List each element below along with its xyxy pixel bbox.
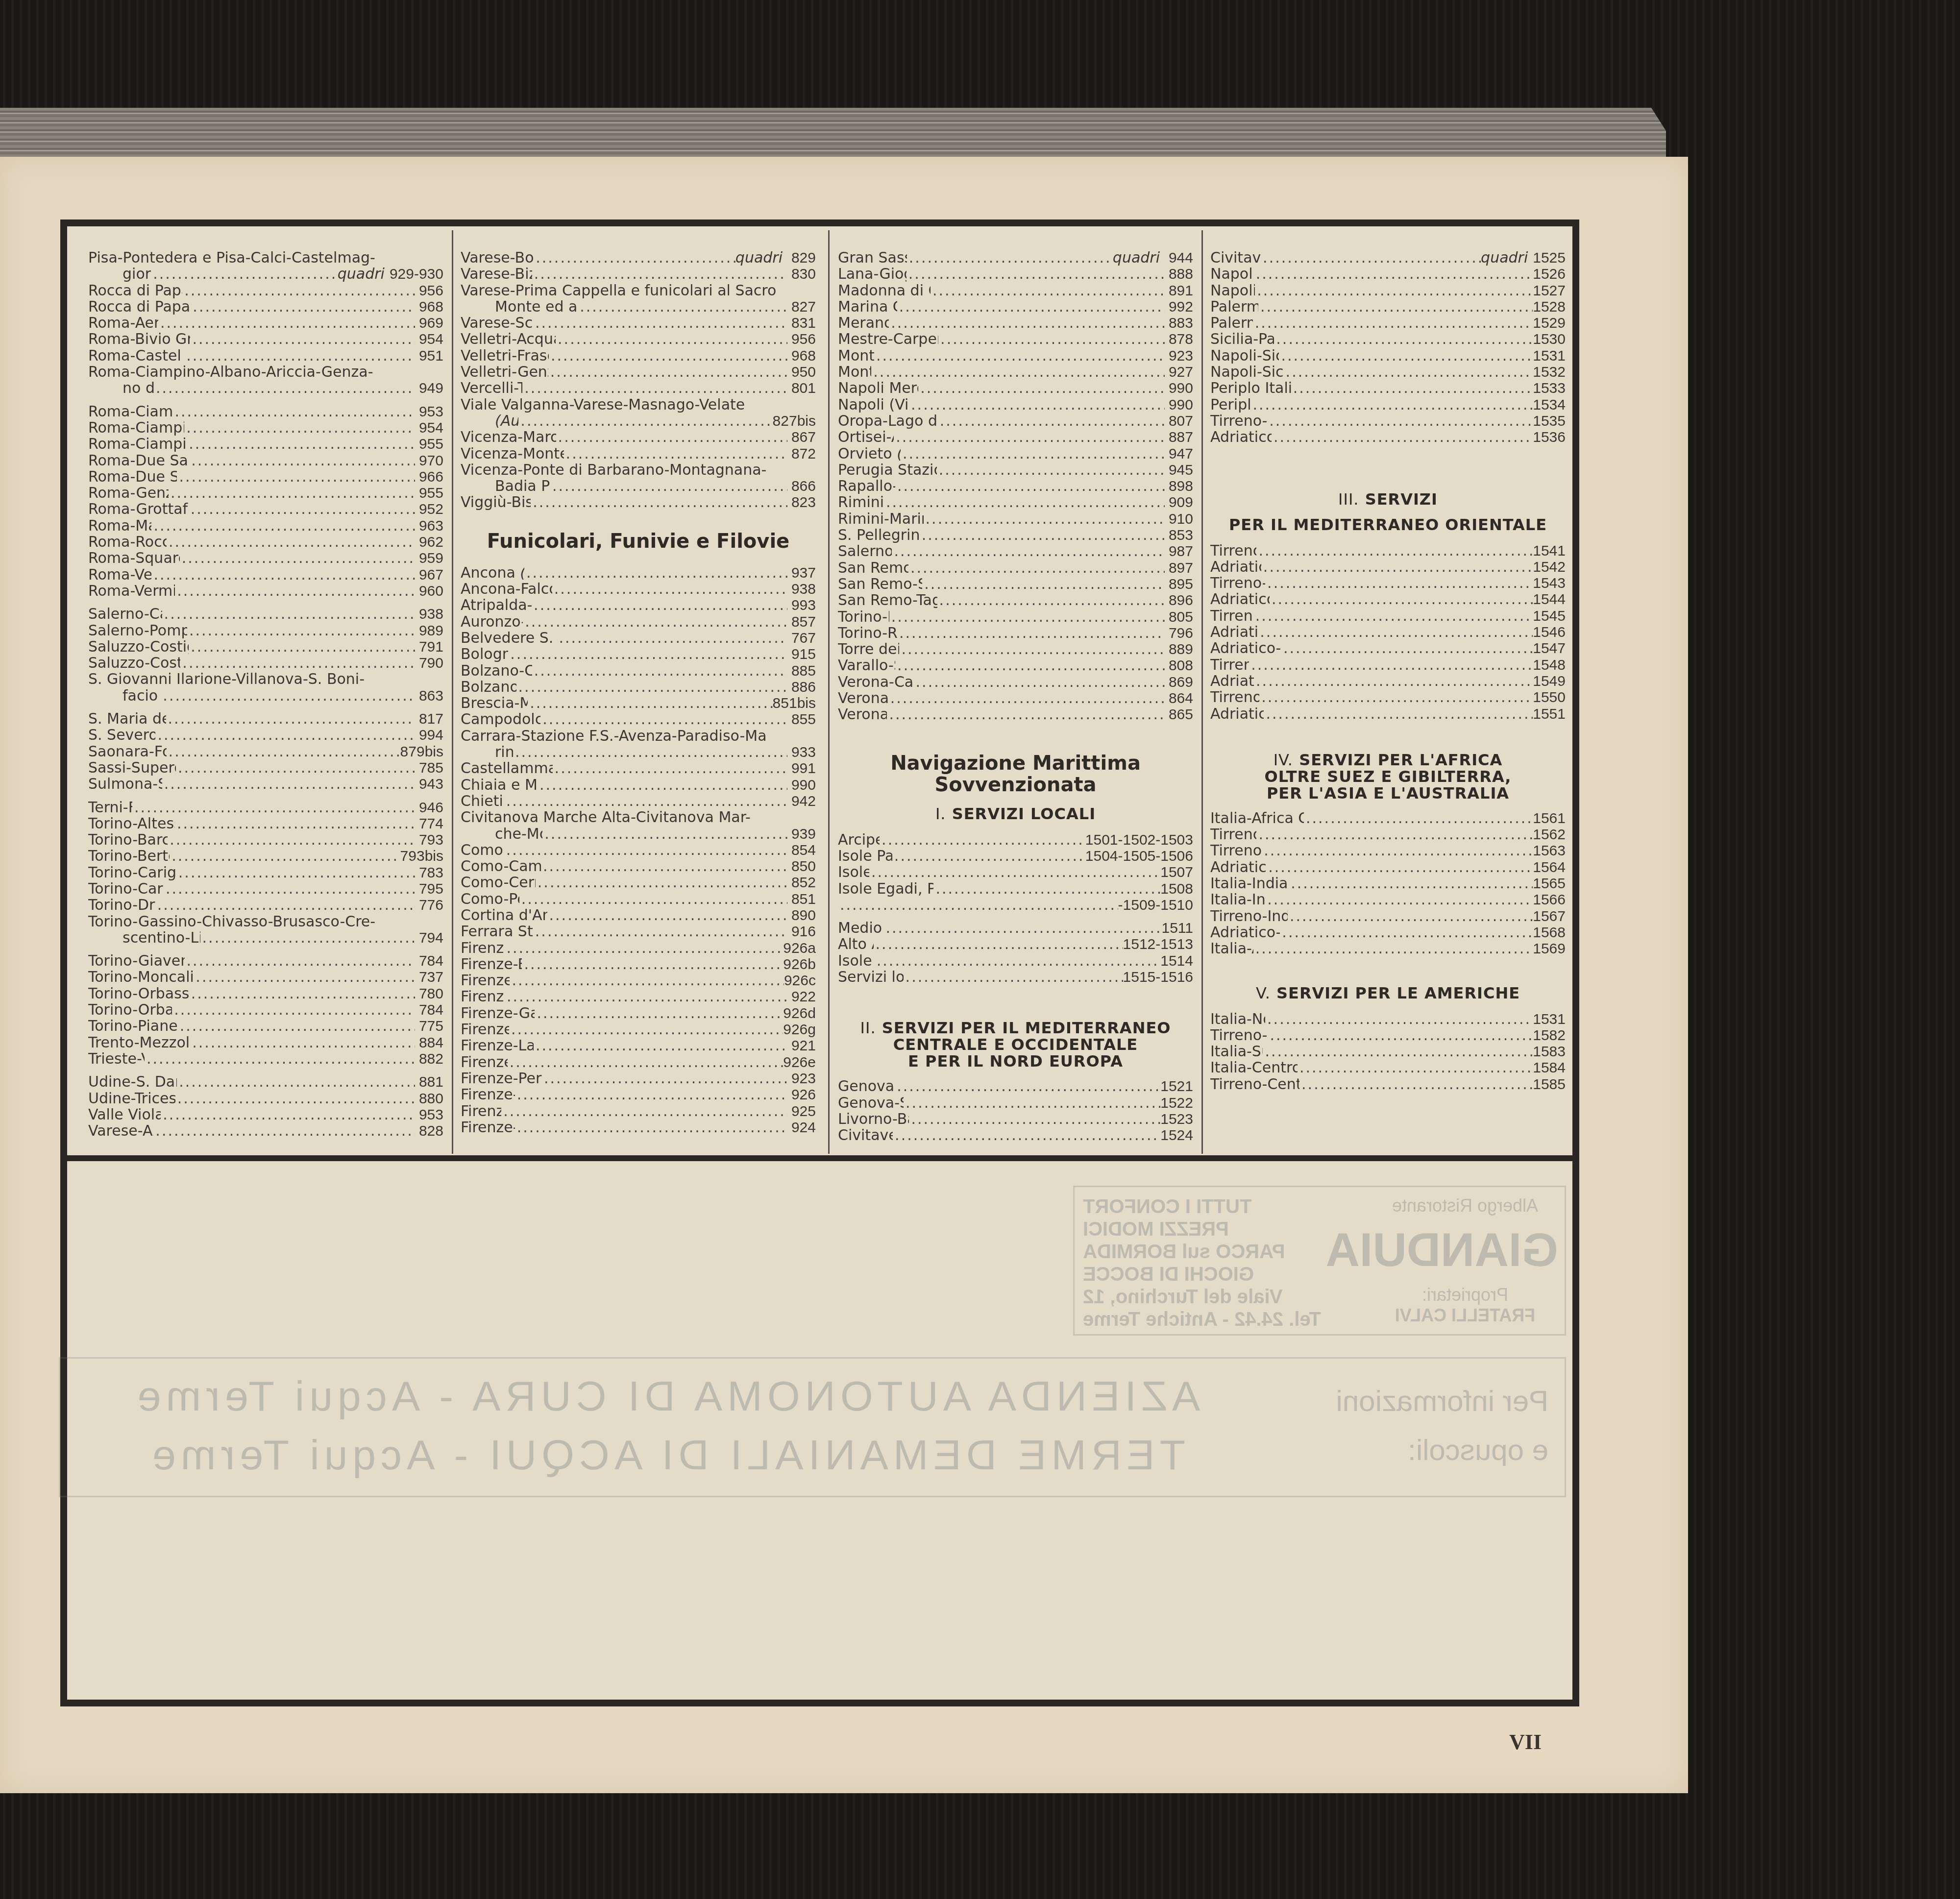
entry-name: Auronzo-Monte Agudo [461,614,523,630]
index-entry: Bologna-S. Luca915 [461,646,816,662]
index-entry: Verona-Tregnago865 [838,706,1193,723]
table-number: 926 [787,1087,816,1103]
entry-name: Varese-Azzate (Autom.) [88,1123,153,1139]
entry-name: Servizi locali della Sardegna [838,969,904,985]
list-servizi-locali: Arcipelago Toscano1501-1502-1503Isole Pa… [838,832,1193,986]
dot-leader [164,881,415,897]
table-number: 953 [415,404,443,420]
index-entry: Torino-Carignano-Saluzzo (Autom.)783 [88,865,443,881]
table-number: 889 [1165,641,1193,657]
index-entry: Rocca di Papa-Frascati-Roma (Autom.)956 [88,283,443,299]
index-entry: Italia-India-Bengala1566 [1210,892,1566,908]
dot-leader [168,832,415,848]
table-number: 923 [1165,348,1193,364]
entry-name: Roma-Ciampino-Marino (Autom.) [88,404,172,420]
index-entry: facio (Autom.)863 [88,688,443,704]
table-number: 924 [787,1120,816,1136]
entry-name: Genova-Porto Torres [838,1078,895,1095]
index-entry: Tirreno-Somalia1562 [1210,827,1566,843]
dot-leader [162,776,415,792]
entry-name: Campodolcino (Sondrio)-Motta [461,711,540,728]
table-number: 869 [1165,674,1193,690]
entry-name: Tirreno-Sud America [1210,1027,1268,1044]
table-number: 1515-1516 [1123,969,1193,985]
entry-name: Varese-Schiranna (Autom.) [461,315,533,331]
entry-name: San Remo-Monte Bignone [838,560,908,576]
index-entry: Ancona (Autofilovie di)937 [461,565,816,581]
index-entry: Napoli-Palermo1527 [1210,283,1566,299]
dot-leader [531,494,787,511]
dot-leader [549,348,787,364]
index-entry: Ferrara Stazione-S. Giorgio916 [461,924,816,940]
index-entry: Firenze-Sesto925 [461,1103,816,1120]
entry-name: Rocca di Papa-Frascati-Roma (Autom.) [88,283,182,299]
dot-leader [167,744,400,760]
dot-leader [533,924,787,940]
entry-name: Isole Egadi, Pelagie, Ustica e Panteller… [838,881,933,897]
table-number: 897 [1165,560,1193,576]
index-entry: Adriatico-Sud Africa1564 [1210,859,1566,876]
table-number: 784 [415,1002,443,1018]
dot-leader [547,907,787,924]
dot-leader [918,380,1165,396]
index-entry: Tirreno-Soria1548 [1210,657,1566,673]
entry-name: Roma-Marino (Autom.) [88,518,151,534]
dot-leader [175,816,415,832]
index-entry: Chiaia e Montesanto (Napoli)990 [461,777,816,793]
entry-name: Roma-Ciampino Paese-Marino (Autom.) [88,420,184,436]
index-entry: Auronzo-Monte Agudo857 [461,614,816,630]
table-number: 1567 [1533,908,1566,925]
index-entry: Roma-Ciampino Ovest-Marino Laz. (Aut.)95… [88,436,443,452]
index-entry: Tirreno-Sud Africa1563 [1210,843,1566,859]
entry-name: Gran Sasso d'Italia (Funivia del) [838,250,907,266]
table-number: 1546 [1533,624,1566,640]
entry-name: Firenze-Sesto [461,1103,501,1120]
dot-leader [145,1051,415,1067]
entry-name: Napoli (Via Roma)-Vomero [838,397,909,413]
index-entry: Trieste-Villa Opicina882 [88,1051,443,1067]
index-entry: Ancona-Falconara Marittima (Filovia)938 [461,581,816,597]
table-number: 807 [1165,413,1193,429]
entry-name: Torino-Pino-Chieri [838,609,889,625]
dot-leader [158,315,415,331]
dot-leader [536,875,787,891]
entry-name: Varese-Bobbiate-Belforte (Autom.) [461,250,534,266]
index-entry: Napoli (Via Roma)-Vomero990 [838,397,1193,413]
entry-name: Firenze-Bagno a Ripoli [461,956,522,973]
entry-name: Verona-Tregnago [838,706,887,723]
index-entry: Velletri-Genzano-Frascati (Autom.)950 [461,364,816,380]
table-number: 989 [415,623,443,639]
index-entry: Varallo-Sacro Monte808 [838,657,1193,674]
index-entry: Civitavecchia-Cagliariquadri1525 [1210,250,1566,266]
dot-leader [508,646,787,662]
index-entry: Italia-India (costa occidentale)1565 [1210,876,1566,892]
table-number: 1534 [1533,397,1566,413]
index-entry: Tirreno-Centro America-Sud Pacifico1585 [1210,1076,1566,1093]
index-entry: Torino-Giaveno e Torino-Cumiana (Aut.)78… [88,953,443,969]
dot-leader [151,567,415,583]
entry-name: Perugia Stazione Ferr. Stato (Fontivegge… [838,462,937,478]
table-number: 1569 [1533,941,1566,957]
dot-leader [538,777,787,793]
dot-leader [838,897,1118,913]
entry-line: Vicenza-Ponte di Barbarano-Montagnana- [461,462,816,478]
entry-name: Bolzano-S. Genesio [461,679,516,695]
dot-leader [534,1038,787,1054]
dot-leader [175,1091,415,1107]
entry-name: Como-Cernobbio-Maslianico [461,875,536,891]
table-number: 887 [1165,429,1193,445]
entry-name: Roma-Grottaferrata-Marino-Rocca di Papa [88,501,189,517]
index-entry: Brescia-Monte Maddalena851bis [461,695,816,711]
dot-leader [1258,299,1533,315]
table-number: 959 [415,550,443,566]
table-number: 829 [787,250,816,266]
entry-name: S. Severo-Torremaggiore [88,727,155,743]
table-number: 863 [415,688,443,704]
entry-name: Ortisei-Alpe di Siusi [838,429,894,445]
table-number: 1525 [1533,250,1566,266]
index-entry: Sulmona-Stazione (Autom.)943 [88,776,443,792]
column-separator [1201,230,1203,1154]
dot-leader [504,793,787,809]
index-entry: Torino-Pianezza-Alpignano (Autom.)775 [88,1018,443,1034]
dot-leader [937,462,1165,478]
entry-name: Tirreno-Somalia [1210,827,1256,843]
table-number: 956 [415,283,443,299]
dot-leader [1304,810,1533,827]
table-number: 922 [787,989,816,1005]
entry-name: Torino-Orbassano-Cumiana-Pinerolo (Aut.) [88,986,189,1002]
index-entry: Cortina d'Ampezzo-Faloria e Pocol890 [461,907,816,924]
table-number: 805 [1165,609,1193,625]
index-entry: Velletri-Frascati-Villa Sora (Autom.)968 [461,348,816,364]
entry-name: Sassi-Superga (Tranvia a dentiera) [88,760,176,776]
entry-name: Viggiù-Bisuschio (Autom.) [461,494,531,511]
entry-name: Velletri-Frascati-Villa Sora (Autom.) [461,348,549,364]
table-number: 956 [787,331,816,347]
entry-name: Como-Camerlata-Albate-Cantù [461,858,541,875]
dot-leader [1298,1060,1533,1076]
index-entry: Palermo-Cagliari1528 [1210,299,1566,315]
entry-name: Madonna di Campiglio-Monte Spinale [838,283,931,299]
entry-name: Tirreno-Israele [1210,608,1253,624]
entry-name: Roma-Genzano-Nemi (Autom.) [88,485,169,501]
table-number: 1535 [1533,413,1566,429]
table-number: 794 [415,930,443,946]
entry-name: Varallo-Sacro Monte [838,657,895,674]
entry-name: Varese-Bizzozero (Autom.) [461,266,532,282]
dot-leader [874,348,1165,364]
table-number: 926g [783,1022,816,1038]
table-number: 990 [787,777,816,793]
index-entry: Valle Violata-Rocca di Papa953 [88,1107,443,1123]
index-entry: Roma-Marino (Autom.)963 [88,518,443,534]
index-entry: Como-Ponte Chiasso851 [461,891,816,907]
dot-leader [177,1074,415,1090]
table-number: 955 [415,436,443,452]
dot-leader [532,663,787,679]
entry-name: facio (Autom.) [122,688,161,704]
dot-leader [189,453,415,469]
subsection-title-servizi-locali: I. SERVIZI LOCALI [838,804,1193,823]
index-entry: Saluzzo-Costigliole-Venasca (Autom.)790 [88,655,443,671]
entry-name: Merano-Avelengo [838,315,889,331]
table-number: 867 [787,429,816,445]
index-entry: Roma-Vermicino-Frascati (Autom.)960 [88,583,443,599]
dot-leader [1268,1027,1533,1044]
dot-leader [542,1071,787,1087]
index-entry: Torino-Pino-Chieri805 [838,609,1193,625]
dot-leader [172,1002,415,1018]
entry-name: Napoli Mergellina-Posillipo Alto [838,380,918,396]
table-number: -1509-1510 [1118,897,1193,913]
table-number: 970 [415,453,443,469]
index-entry: Oropa-Lago del Mucrone e Monte Camino807 [838,413,1193,429]
table-number: 1583 [1533,1044,1566,1060]
dot-leader [1261,250,1481,266]
index-entry: Sassi-Superga (Tranvia a dentiera)785 [88,760,443,776]
table-number: 881 [415,1074,443,1090]
table-number: 954 [415,420,443,436]
index-entry: Sicilia-Pantelleria-Tunisi1530 [1210,331,1566,347]
dot-leader [194,969,415,985]
dot-leader [1253,608,1533,624]
entry-name: Roma-Vermicino-Frascati (Autom.) [88,583,175,599]
entry-name: Montecatini [838,348,874,364]
entry-name: giore (Autom.) [122,266,151,282]
entry-name: rinella [495,744,513,760]
table-number: 850 [787,858,816,875]
index-entry: Viggiù-Bisuschio (Autom.)823 [461,494,816,511]
entry-name: Torino-Rivoli (Filovia) [838,625,897,641]
entry-name: Civitavecchia-Olbia [838,1127,893,1144]
table-number: 864 [1165,690,1193,706]
table-number: 1584 [1533,1060,1566,1076]
index-entry: Mestre-Carpenedo-Venezia-Mirano-Treviso8… [838,331,1193,347]
index-entry: Tirreno-Nord Europa1535 [1210,413,1566,429]
dot-leader [190,331,415,347]
entry-line: Roma-Ciampino-Albano-Ariccia-Genza- [88,364,443,380]
entry-name: Firenze-Settignano [461,1120,515,1136]
table-number: 790 [415,655,443,671]
section-title-navigazione: Navigazione Marittima Sovvenzionata [838,753,1193,796]
table-number: 969 [415,315,443,331]
index-entry: Como-Cernobbio-Maslianico852 [461,875,816,891]
entry-name: Italia-Nord America [1210,1011,1265,1027]
table-number: 884 [415,1035,443,1051]
dot-leader [883,920,1161,936]
index-entry: Tirreno-Sud America1582 [1210,1027,1566,1044]
dot-leader [513,744,787,760]
list-funicolari: Ancona (Autofilovie di)937Ancona-Falcona… [461,565,816,1136]
entry-name: Adriatico-Nord Europa [1210,429,1272,445]
dot-leader [151,518,415,534]
entry-name: San Remo-Taggia-Ospedaletti-Ventimiglia [838,592,937,609]
table-number: 1542 [1533,559,1566,575]
index-entry: Vicenza-Montecchio S. V.-Valdagno-Recoar… [461,446,816,462]
dot-leader [167,534,415,550]
entry-name: Italia-India (costa occidentale) [1210,876,1289,892]
entry-name: Torino-Orbassano-Trana-Giaveno [88,1002,172,1018]
index-entry: Lana-Giogo di San Vigilio888 [838,266,1193,282]
entry-name: Salerno-Calvanico (Autom.) [88,606,162,622]
dot-leader [880,832,1085,848]
index-entry: Marina Grande-Capri992 [838,299,1193,315]
table-number: 1511 [1161,920,1193,936]
index-entry: Saluzzo-Costigliole-Busca-Cuneo (Autom.)… [88,639,443,655]
entry-name: Brescia-Monte Maddalena [461,695,528,711]
dot-leader [178,1018,415,1034]
entry-name: Firenze-Grassina [461,1022,509,1038]
dot-leader [542,826,787,842]
table-number: 1504-1505-1506 [1085,848,1193,864]
table-number: 992 [1165,299,1193,315]
entry-line: Torino-Gassino-Chivasso-Brusasco-Cre- [88,914,443,930]
dot-leader [871,364,1165,380]
table-number: 775 [415,1018,443,1034]
entry-name: Rimini-Riccione [838,494,884,511]
table-number: 1533 [1533,380,1566,396]
entry-name: Tirreno-Alessandria [1210,575,1265,591]
index-entry: Merano-Avelengo883 [838,315,1193,331]
page-number: VII [1509,1729,1542,1754]
dot-leader [540,711,787,728]
table-number: 1536 [1533,429,1566,445]
entry-name: Rimini-Marina-Bellariva-Miramare [838,511,924,527]
index-entry: Adriatico-Istanbul1542 [1210,559,1566,575]
entry-name: Salerno-Pompei Villa dei Misteri (Autom.… [88,623,187,639]
dot-leader [564,446,787,462]
index-entry: S. Maria della Versa-Stradella817 [88,711,443,727]
table-number: 783 [415,865,443,881]
table-number: 926b [783,956,816,973]
entry-name: Tirreno-Sud Africa [1210,843,1262,859]
entry-name: Cortina d'Ampezzo-Faloria e Pocol [461,907,547,924]
entry-name: Firenze-Casellina [461,973,510,989]
quadri-label: quadri [735,250,783,266]
index-entry: Rapallo-Montallegro898 [838,478,1193,494]
dot-leader [189,986,415,1002]
entry-name: Verona-Caldiero-S. Bonifacio [838,674,914,690]
dot-leader [170,848,400,864]
index-entry: Italia-Nord America1531 [1210,1011,1566,1027]
table-number: 993 [787,597,816,613]
table-number: 1531 [1533,1011,1566,1027]
table-number: 774 [415,816,443,832]
index-entry: Roma-Due Santi-Castel Gandolfo (Autom.)9… [88,453,443,469]
entry-name: Torino-Carmagnola (Autom.) [88,881,164,897]
table-number: 1507 [1160,864,1193,880]
entry-name: Civitavecchia-Cagliari [1210,250,1261,266]
index-entry: Servizi locali della Sardegna1515-1516 [838,969,1193,985]
table-number: 880 [415,1091,443,1107]
entry-name: Tirreno-India-Estremo Oriente [1210,908,1288,925]
entry-name: Adriatico-Israele [1210,624,1258,640]
table-number: 1551 [1533,706,1566,722]
dot-leader [522,956,783,973]
entry-name: Italia-Africa Occidentale-Congo-Angola [1210,810,1304,827]
dot-leader [501,1103,787,1120]
dot-leader [1274,331,1533,347]
dot-leader [175,583,415,599]
dot-leader [909,1111,1160,1127]
table-number: 925 [787,1103,816,1120]
dot-leader [1249,657,1533,673]
table-number: 1561 [1533,810,1566,827]
dot-leader [938,331,1165,347]
dot-leader [1262,843,1533,859]
index-entry: Torre dei Busi-Valcava889 [838,641,1193,657]
index-entry: Roma-Grottaferrata-Marino-Rocca di Papa9… [88,501,443,517]
entry-name: Torino-Carignano-Saluzzo (Autom.) [88,865,176,881]
table-number: 963 [415,518,443,534]
entry-line: Civitanova Marche Alta-Civitanova Mar- [461,809,816,826]
dot-leader [523,614,787,630]
entry-name: Isole Partenopee e Pontine [838,848,892,864]
dot-leader [1256,827,1533,843]
dot-leader [1284,364,1533,380]
dot-leader [187,436,415,452]
table-number: 785 [415,760,443,776]
entry-name: Velletri-Acqua Lucia-Genzano (Autom.) [461,331,556,347]
table-number: 866 [787,478,816,494]
table-number: 926e [783,1054,816,1071]
table-number: 865 [1165,706,1193,723]
dot-leader [904,969,1123,985]
dot-leader [190,1035,415,1051]
index-entry: Belvedere S. Margherita-Lanzo d'Intelvi7… [461,630,816,646]
entry-name: Roma-Velletri (Autom.) [88,567,151,583]
dot-leader [184,420,415,436]
table-number: 891 [1165,283,1193,299]
table-number: 852 [787,875,816,891]
entry-name: Periplo Italico [1210,397,1250,413]
table-number: 1563 [1533,843,1566,859]
table-number: 1543 [1533,575,1566,591]
index-entry: Italia-Sud America1583 [1210,1044,1566,1060]
table-number: 915 [787,646,816,662]
table-number: 885 [787,663,816,679]
index-entry: Campodolcino (Sondrio)-Motta855 [461,711,816,728]
table-number: 926d [783,1005,816,1022]
entry-name: San Remo-San Remo (La Brezza) [838,576,922,592]
table-number: 1568 [1533,925,1566,941]
table-number: 909 [1165,494,1193,511]
index-entry: Atripalda-Avellino (Filovia)993 [461,597,816,613]
table-number: 795 [415,881,443,897]
dot-leader [556,429,787,445]
index-entry: Rocca di Papa-Via dei Laghi-Roma (Autom.… [88,299,443,315]
index-entry: Montecatini923 [838,348,1193,364]
entry-name: Lana-Giogo di San Vigilio [838,266,906,282]
table-number: 796 [1165,625,1193,641]
table-number: 1562 [1533,827,1566,843]
table-number: 1527 [1533,283,1566,299]
index-entry: Napoli-Sicilia-Malta-Tripoli1531 [1210,348,1566,364]
entry-name: Valle Violata-Rocca di Papa [88,1107,161,1123]
dot-leader [504,940,783,956]
index-entry: Firenze-La Lastra-Trespiano921 [461,1038,816,1054]
index-entry: Roma-Squarciarelli-Frascati (Autom.)959 [88,550,443,566]
index-entry: Velletri-Acqua Lucia-Genzano (Autom.)956 [461,331,816,347]
table-number: 966 [415,469,443,485]
table-number: 857 [787,614,816,630]
list-mediterraneo-centrale-cont: Civitavecchia-Cagliariquadri1525Napoli-C… [1210,250,1566,446]
index-entry: Rimini-Marina-Bellariva-Miramare910 [838,511,1193,527]
